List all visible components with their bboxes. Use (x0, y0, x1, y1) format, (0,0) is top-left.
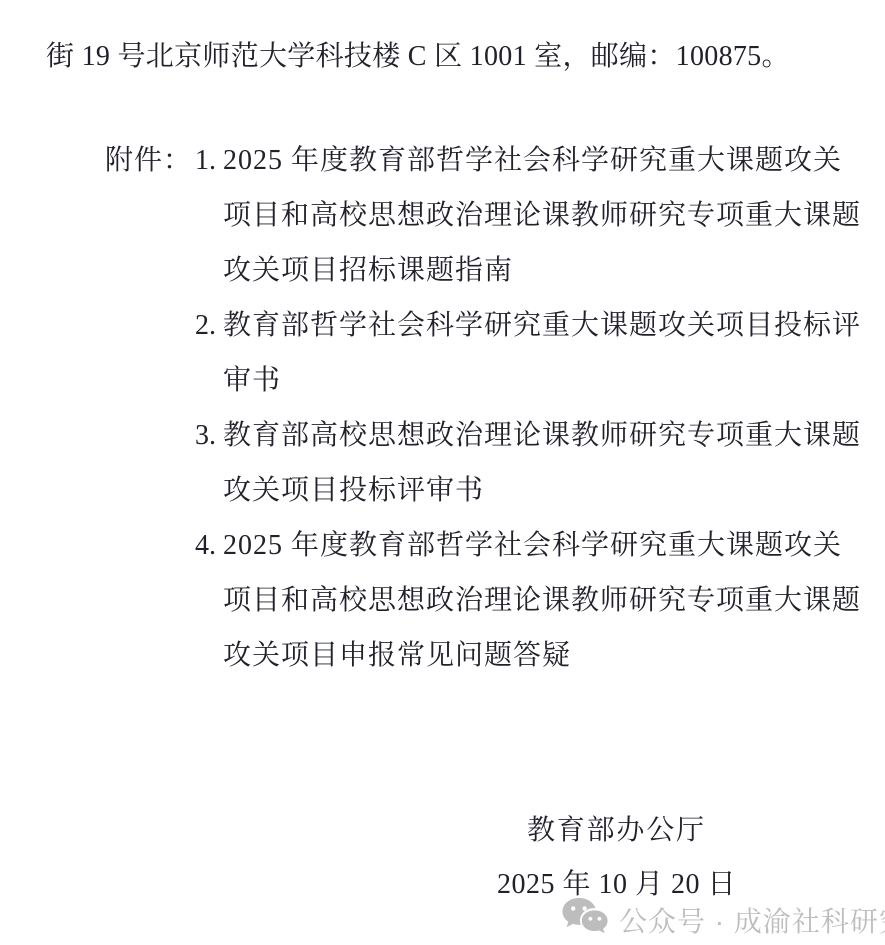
wechat-icon (560, 896, 610, 943)
attachment-row-1-line-2: 项目和高校思想政治理论课教师研究专项重大课题 (223, 199, 861, 233)
attachment-3-number: 3. (195, 419, 223, 453)
attachment-1-number: 1. (195, 144, 223, 178)
attachment-row-4-line-2: 项目和高校思想政治理论课教师研究专项重大课题 (223, 584, 861, 618)
attachment-row-4-line-3: 攻关项目申报常见问题答疑 (223, 639, 571, 673)
attachment-row-3-line-1: 3.教育部高校思想政治理论课教师研究专项重大课题 (195, 419, 861, 453)
address-line: 街 19 号北京师范大学科技楼 C 区 1001 室，邮编：100875。 (46, 40, 790, 74)
document-page: 街 19 号北京师范大学科技楼 C 区 1001 室，邮编：100875。 附件… (0, 0, 885, 945)
signature-org: 教育部办公厅 (527, 814, 706, 848)
attachment-row-1-line-3: 攻关项目招标课题指南 (223, 254, 513, 288)
attachment-row-1-line-1: 附件：1.2025 年度教育部哲学社会科学研究重大课题攻关 (105, 144, 842, 178)
attachment-4-number: 4. (195, 529, 223, 563)
attachment-row-2-line-2: 审书 (223, 364, 281, 398)
attachment-2-text: 教育部哲学社会科学研究重大课题攻关项目投标评 (223, 310, 861, 341)
watermark-text: 公众号 · 成渝社科研究 (619, 900, 885, 940)
attachment-row-3-line-2: 攻关项目投标评审书 (223, 474, 484, 508)
attachment-4-text: 2025 年度教育部哲学社会科学研究重大课题攻关 (223, 530, 842, 561)
attachments-label: 附件： (105, 144, 195, 178)
attachment-3-text: 教育部高校思想政治理论课教师研究专项重大课题 (223, 420, 861, 451)
attachment-1-text: 2025 年度教育部哲学社会科学研究重大课题攻关 (223, 145, 842, 176)
attachment-row-4-line-1: 4.2025 年度教育部哲学社会科学研究重大课题攻关 (195, 529, 842, 563)
attachment-2-number: 2. (195, 309, 223, 343)
attachment-row-2-line-1: 2.教育部哲学社会科学研究重大课题攻关项目投标评 (195, 309, 861, 343)
watermark: 公众号 · 成渝社科研究 (560, 896, 885, 943)
